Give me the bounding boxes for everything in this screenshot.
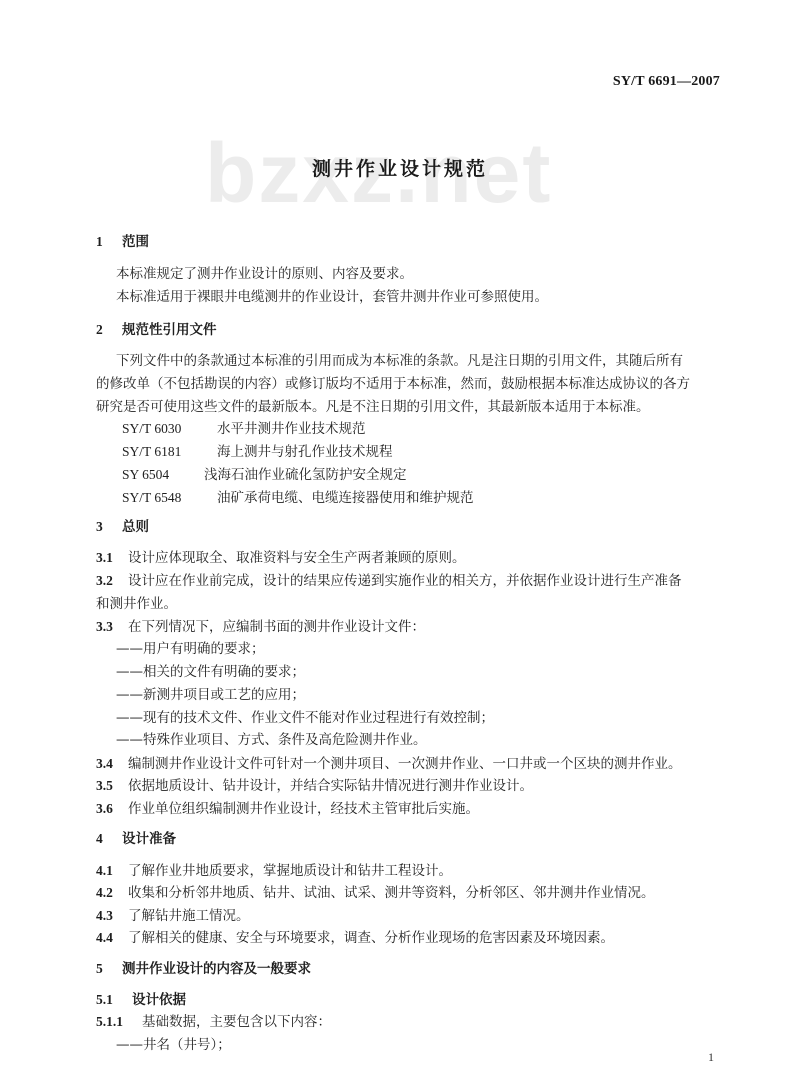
clause-text: 了解相关的健康、安全与环境要求，调查、分析作业现场的危害因素及环境因素。	[128, 930, 614, 946]
reference-item: SY/T 6181海上测井与射孔作业技术规程	[122, 443, 393, 461]
reference-title: 水平井测井作业技术规范	[217, 421, 366, 437]
clause-4-1: 4.1了解作业井地质要求，掌握地质设计和钻井工程设计。	[96, 862, 452, 880]
clause-3-3: 3.3在下列情况下，应编制书面的测井作业设计文件：	[96, 618, 425, 636]
reference-code: SY/T 6030	[122, 420, 217, 438]
section-number: 2	[96, 321, 122, 339]
section-1-heading: 1范围	[96, 233, 149, 251]
reference-title: 海上测井与射孔作业技术规程	[217, 444, 393, 460]
section-title: 测井作业设计的内容及一般要求	[122, 961, 311, 977]
document-page: SY/T 6691—2007 bzxz.net 测井作业设计规范 1范围 本标准…	[0, 0, 800, 1090]
document-title: 测井作业设计规范	[0, 154, 800, 181]
clause-number: 5.1.1	[96, 1013, 142, 1031]
clause-text: 了解钻井施工情况。	[128, 908, 250, 924]
list-item: ——现有的技术文件、作业文件不能对作业过程进行有效控制；	[116, 709, 494, 727]
section-5-heading: 5测井作业设计的内容及一般要求	[96, 960, 311, 978]
reference-title: 油矿承荷电缆、电缆连接器使用和维护规范	[217, 490, 474, 506]
clause-number: 4.2	[96, 884, 128, 902]
paragraph-line: 的修改单（不包括勘误的内容）或修订版均不适用于本标准，然而，鼓励根据本标准达成协…	[96, 375, 690, 393]
section-2-heading: 2规范性引用文件	[96, 321, 217, 339]
section-title: 设计准备	[122, 831, 176, 847]
reference-item: SY/T 6030水平井测井作业技术规范	[122, 420, 366, 438]
clause-3-5: 3.5依据地质设计、钻井设计，并结合实际钻井情况进行测井作业设计。	[96, 777, 533, 795]
subsection-5-1-heading: 5.1设计依据	[96, 991, 186, 1009]
clause-text: 依据地质设计、钻井设计，并结合实际钻井情况进行测井作业设计。	[128, 778, 533, 794]
section-number: 3	[96, 518, 122, 536]
clause-4-2: 4.2收集和分析邻井地质、钻井、试油、试采、测井等资料，分析邻区、邻井测井作业情…	[96, 884, 655, 902]
standard-code: SY/T 6691—2007	[613, 74, 720, 90]
clause-number: 4.4	[96, 929, 128, 947]
clause-text: 编制测井作业设计文件可针对一个测井项目、一次测井作业、一口井或一个区块的测井作业…	[128, 756, 682, 772]
clause-4-3: 4.3了解钻井施工情况。	[96, 907, 250, 925]
clause-number: 3.3	[96, 618, 128, 636]
clause-number: 3.1	[96, 549, 128, 567]
clause-text: 设计应在作业前完成，设计的结果应传递到实施作业的相关方，并依据作业设计进行生产准…	[128, 573, 682, 589]
clause-number: 3.5	[96, 777, 128, 795]
subsection-title: 设计依据	[132, 992, 186, 1008]
clause-text: 作业单位组织编制测井作业设计，经技术主管审批后实施。	[128, 801, 479, 817]
clause-continuation: 和测井作业。	[96, 595, 177, 613]
reference-code: SY/T 6548	[122, 489, 217, 507]
reference-item: SY/T 6548油矿承荷电缆、电缆连接器使用和维护规范	[122, 489, 474, 507]
list-item: ——相关的文件有明确的要求；	[116, 663, 305, 681]
paragraph-line: 下列文件中的条款通过本标准的引用而成为本标准的条款。凡是注日期的引用文件，其随后…	[116, 352, 683, 370]
section-number: 1	[96, 233, 122, 251]
clause-5-1-1: 5.1.1基础数据，主要包含以下内容：	[96, 1013, 331, 1031]
list-item: ——用户有明确的要求；	[116, 640, 265, 658]
clause-number: 4.3	[96, 907, 128, 925]
section-number: 4	[96, 830, 122, 848]
clause-text: 了解作业井地质要求，掌握地质设计和钻井工程设计。	[128, 863, 452, 879]
clause-3-1: 3.1设计应体现取全、取准资料与安全生产两者兼顾的原则。	[96, 549, 466, 567]
reference-title: 浅海石油作业硫化氢防护安全规定	[204, 467, 407, 483]
paragraph-line: 研究是否可使用这些文件的最新版本。凡是不注日期的引用文件，其最新版本适用于本标准…	[96, 398, 650, 416]
section-number: 5	[96, 960, 122, 978]
clause-number: 4.1	[96, 862, 128, 880]
paragraph: 本标准适用于裸眼井电缆测井的作业设计，套管井测井作业可参照使用。	[116, 288, 548, 306]
page-number: 1	[708, 1050, 714, 1065]
clause-number: 3.2	[96, 572, 128, 590]
clause-3-4: 3.4编制测井作业设计文件可针对一个测井项目、一次测井作业、一口井或一个区块的测…	[96, 755, 682, 773]
clause-number: 3.6	[96, 800, 128, 818]
clause-3-2: 3.2设计应在作业前完成，设计的结果应传递到实施作业的相关方，并依据作业设计进行…	[96, 572, 682, 590]
list-item: ——新测井项目或工艺的应用；	[116, 686, 305, 704]
clause-4-4: 4.4了解相关的健康、安全与环境要求，调查、分析作业现场的危害因素及环境因素。	[96, 929, 614, 947]
section-title: 规范性引用文件	[122, 322, 217, 338]
paragraph: 本标准规定了测井作业设计的原则、内容及要求。	[116, 265, 413, 283]
reference-code: SY 6504	[122, 466, 204, 484]
reference-code: SY/T 6181	[122, 443, 217, 461]
clause-text: 收集和分析邻井地质、钻井、试油、试采、测井等资料，分析邻区、邻井测井作业情况。	[128, 885, 655, 901]
list-item: ——井名（井号）；	[116, 1036, 231, 1054]
section-title: 总则	[122, 519, 149, 535]
clause-text: 在下列情况下，应编制书面的测井作业设计文件：	[128, 619, 425, 635]
subsection-number: 5.1	[96, 991, 132, 1009]
clause-number: 3.4	[96, 755, 128, 773]
section-title: 范围	[122, 234, 149, 250]
clause-3-6: 3.6作业单位组织编制测井作业设计，经技术主管审批后实施。	[96, 800, 479, 818]
section-4-heading: 4设计准备	[96, 830, 176, 848]
clause-text: 基础数据，主要包含以下内容：	[142, 1014, 331, 1030]
reference-item: SY 6504浅海石油作业硫化氢防护安全规定	[122, 466, 407, 484]
section-3-heading: 3总则	[96, 518, 149, 536]
clause-text: 设计应体现取全、取准资料与安全生产两者兼顾的原则。	[128, 550, 466, 566]
list-item: ——特殊作业项目、方式、条件及高危险测井作业。	[116, 731, 427, 749]
